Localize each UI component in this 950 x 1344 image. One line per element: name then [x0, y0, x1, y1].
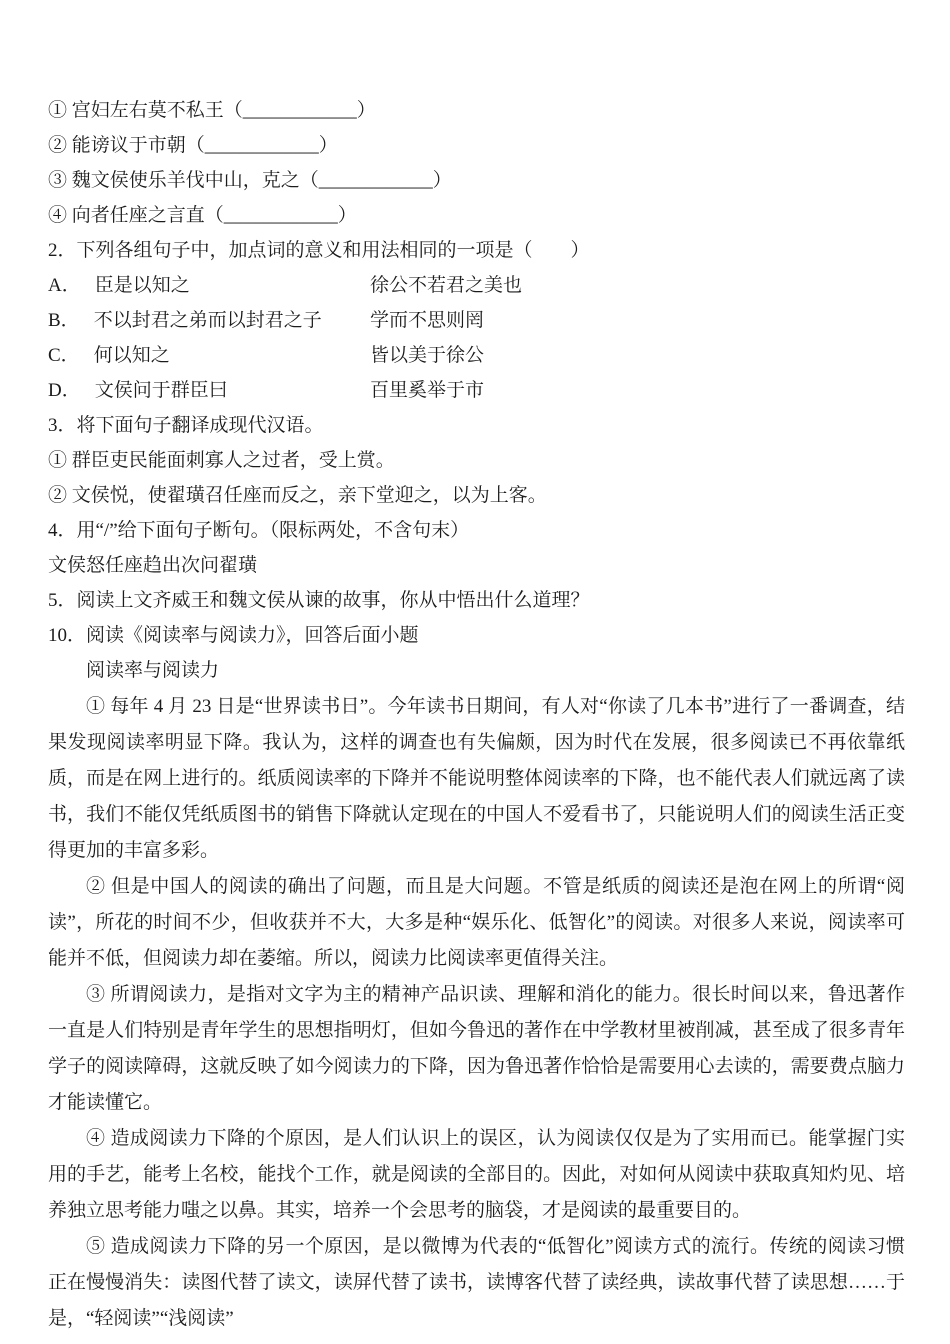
article-title: 阅读率与阅读力: [48, 653, 905, 689]
option-right-sentence: 徐公不若君之美也: [370, 268, 905, 303]
fill-blank-item: ① 宫妇左右莫不私王（____________）: [48, 93, 905, 128]
article-paragraph-2: ② 但是中国人的阅读的确出了问题，而且是大问题。不管是纸质的阅读还是泡在网上的所…: [48, 869, 905, 977]
question-4: 4．用“/”给下面句子断句。（限标两处，不含句末） 文侯怒任座趋出次问翟璜: [48, 513, 905, 583]
reading-passage: 阅读率与阅读力 ① 每年 4 月 23 日是“世界读书日”。今年读书日期间，有人…: [48, 653, 905, 1337]
option-label: B．: [48, 303, 80, 338]
article-paragraph-4: ④ 造成阅读力下降的个原因，是人们认识上的误区，认为阅读仅仅是为了实用而已。能掌…: [48, 1121, 905, 1229]
question-2-stem: 2．下列各组句子中，加点词的意义和用法相同的一项是（ ）: [48, 233, 905, 268]
option-right-sentence: 皆以美于徐公: [370, 338, 905, 373]
question-1-blank-items: ① 宫妇左右莫不私王（____________） ② 能谤议于市朝（______…: [48, 93, 905, 233]
option-left-cell: A． 臣是以知之: [48, 268, 370, 303]
option-row-d: D． 文侯问于群臣曰 百里奚举于市: [48, 373, 905, 408]
question-2: 2．下列各组句子中，加点词的意义和用法相同的一项是（ ） A． 臣是以知之 徐公…: [48, 233, 905, 408]
option-left-sentence: 文侯问于群臣曰: [95, 373, 228, 408]
question-3: 3．将下面句子翻译成现代汉语。 ① 群臣吏民能面刺寡人之过者，受上赏。 ② 文侯…: [48, 408, 905, 513]
option-left-cell: B． 不以封君之弟而以封君之子: [48, 303, 370, 338]
option-label: A．: [48, 268, 81, 303]
article-paragraph-3: ③ 所谓阅读力，是指对文字为主的精神产品识读、理解和消化的能力。很长时间以来，鲁…: [48, 977, 905, 1121]
option-left-sentence: 臣是以知之: [95, 268, 190, 303]
option-left-cell: D． 文侯问于群臣曰: [48, 373, 370, 408]
option-left-cell: C． 何以知之: [48, 338, 370, 373]
fill-blank-item: ② 能谤议于市朝（____________）: [48, 128, 905, 163]
option-row-a: A． 臣是以知之 徐公不若君之美也: [48, 268, 905, 303]
translate-item: ② 文侯悦，使翟璜召任座而反之，亲下堂迎之，以为上客。: [48, 478, 905, 513]
translate-item: ① 群臣吏民能面刺寡人之过者，受上赏。: [48, 443, 905, 478]
option-right-sentence: 百里奚举于市: [370, 373, 905, 408]
article-paragraph-1: ① 每年 4 月 23 日是“世界读书日”。今年读书日期间，有人对“你读了几本书…: [48, 689, 905, 869]
option-left-sentence: 不以封君之弟而以封君之子: [94, 303, 322, 338]
question-5-stem: 5．阅读上文齐威王和魏文侯从谏的故事，你从中悟出什么道理？: [48, 583, 905, 618]
question-3-stem: 3．将下面句子翻译成现代汉语。: [48, 408, 905, 443]
question-4-sentence: 文侯怒任座趋出次问翟璜: [48, 548, 905, 583]
fill-blank-item: ④ 向者任座之言直（____________）: [48, 198, 905, 233]
option-left-sentence: 何以知之: [94, 338, 170, 373]
article-paragraph-5: ⑤ 造成阅读力下降的另一个原因，是以微博为代表的“低智化”阅读方式的流行。传统的…: [48, 1229, 905, 1337]
question-4-stem: 4．用“/”给下面句子断句。（限标两处，不含句末）: [48, 513, 905, 548]
option-row-c: C． 何以知之 皆以美于徐公: [48, 338, 905, 373]
fill-blank-item: ③ 魏文侯使乐羊伐中山，克之（____________）: [48, 163, 905, 198]
option-label: C．: [48, 338, 80, 373]
option-label: D．: [48, 373, 81, 408]
question-10-stem: 10．阅读《阅读率与阅读力》，回答后面小题: [48, 618, 905, 653]
option-right-sentence: 学而不思则罔: [370, 303, 905, 338]
exam-document-page: ① 宫妇左右莫不私王（____________） ② 能谤议于市朝（______…: [0, 0, 950, 1344]
option-row-b: B． 不以封君之弟而以封君之子 学而不思则罔: [48, 303, 905, 338]
